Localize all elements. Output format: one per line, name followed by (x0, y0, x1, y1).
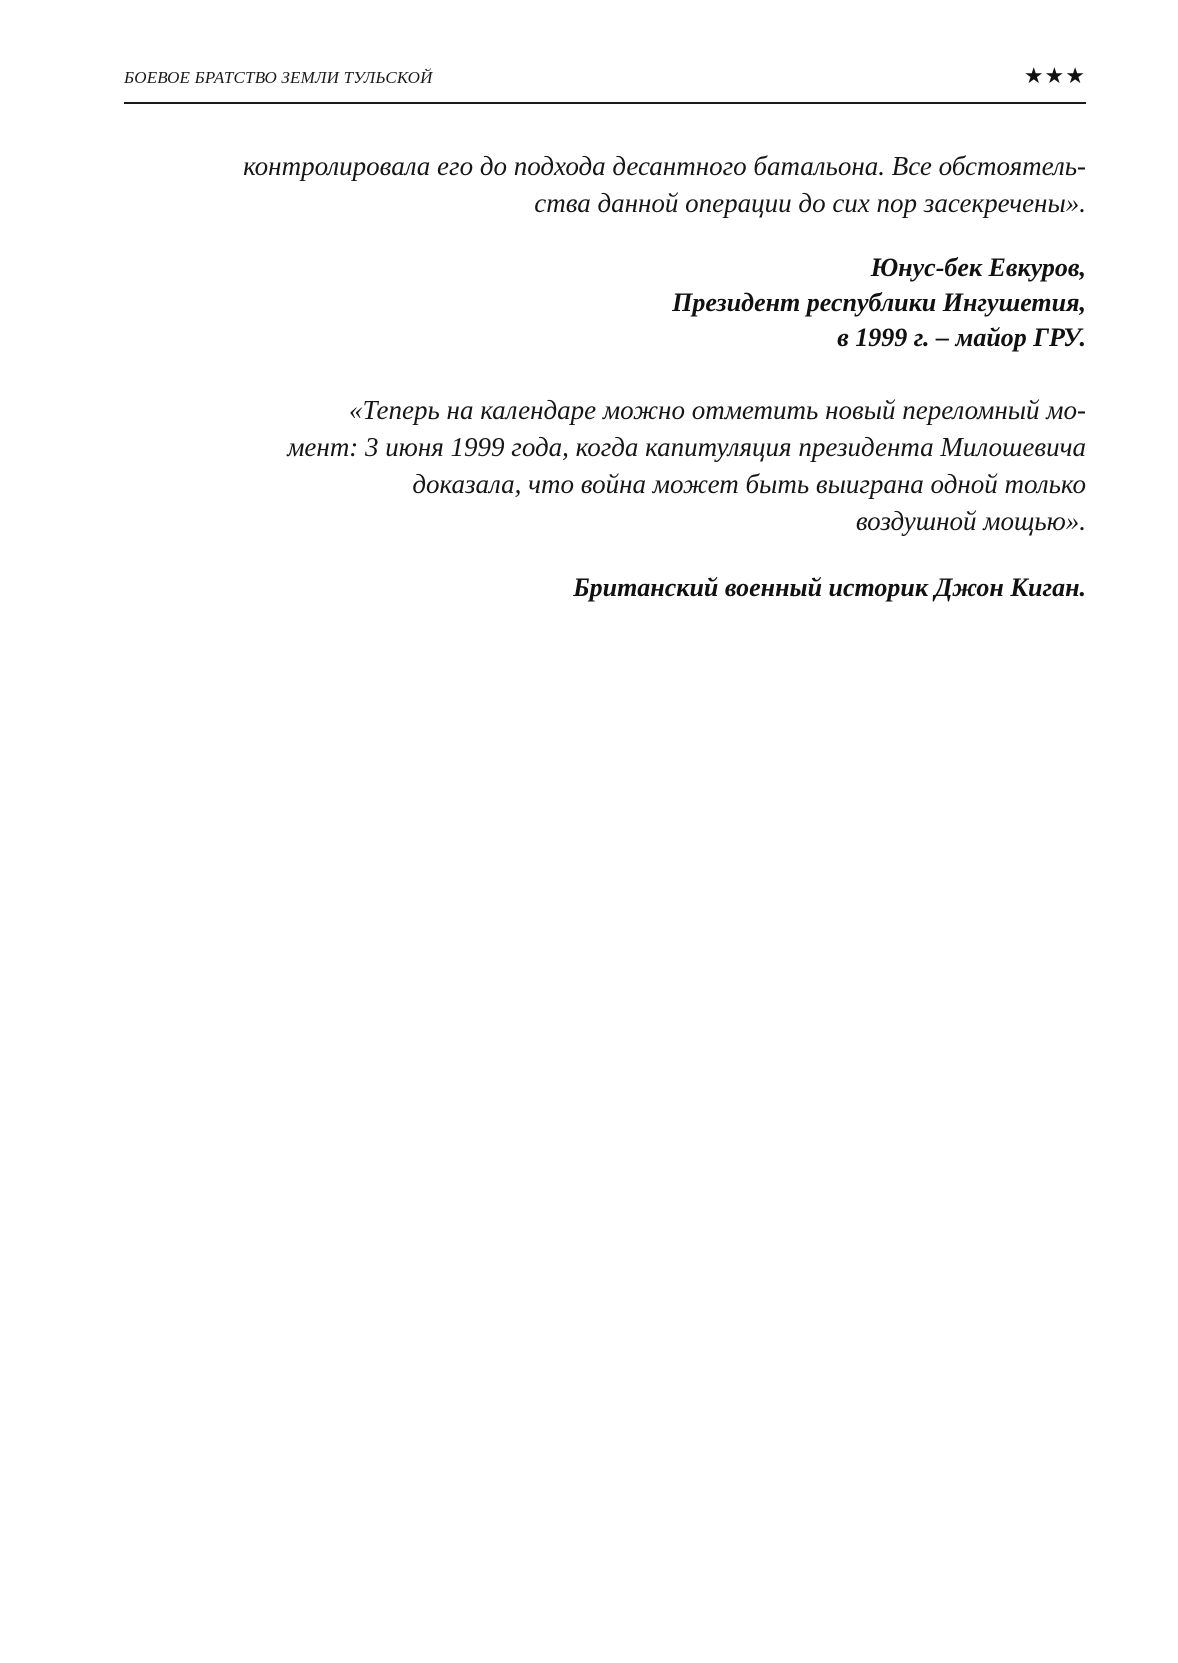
page-header: БОЕВОЕ БРАТСТВО ЗЕМЛИ ТУЛЬСКОЙ ★★★ (124, 64, 1086, 104)
attribution-2: Британский военный историк Джон Киган. (124, 570, 1086, 605)
stars-ornament-icon: ★★★ (1024, 64, 1086, 89)
quote-line: доказала, что война может быть выиграна … (124, 466, 1086, 503)
attribution-1: Юнус-бек Евкуров, Президент республики И… (124, 250, 1086, 355)
quote-line: мент: 3 июня 1999 года, когда капитуляци… (124, 429, 1086, 466)
quote-2: «Теперь на календаре можно отметить новы… (124, 392, 1086, 540)
attribution-line: Британский военный историк Джон Киган. (124, 570, 1086, 605)
quote-line: контролировала его до подхода десантного… (124, 148, 1086, 185)
attribution-line: в 1999 г. – майор ГРУ. (124, 320, 1086, 355)
running-title: БОЕВОЕ БРАТСТВО ЗЕМЛИ ТУЛЬСКОЙ (124, 68, 433, 88)
attribution-line: Президент республики Ингушетия, (124, 285, 1086, 320)
quote-line: воздушной мощью». (124, 503, 1086, 540)
quote-1: контролировала его до подхода десантного… (124, 148, 1086, 222)
attribution-line: Юнус-бек Евкуров, (124, 250, 1086, 285)
quote-line: «Теперь на календаре можно отметить новы… (124, 392, 1086, 429)
quote-line: ства данной операции до сих пор засекреч… (124, 185, 1086, 222)
